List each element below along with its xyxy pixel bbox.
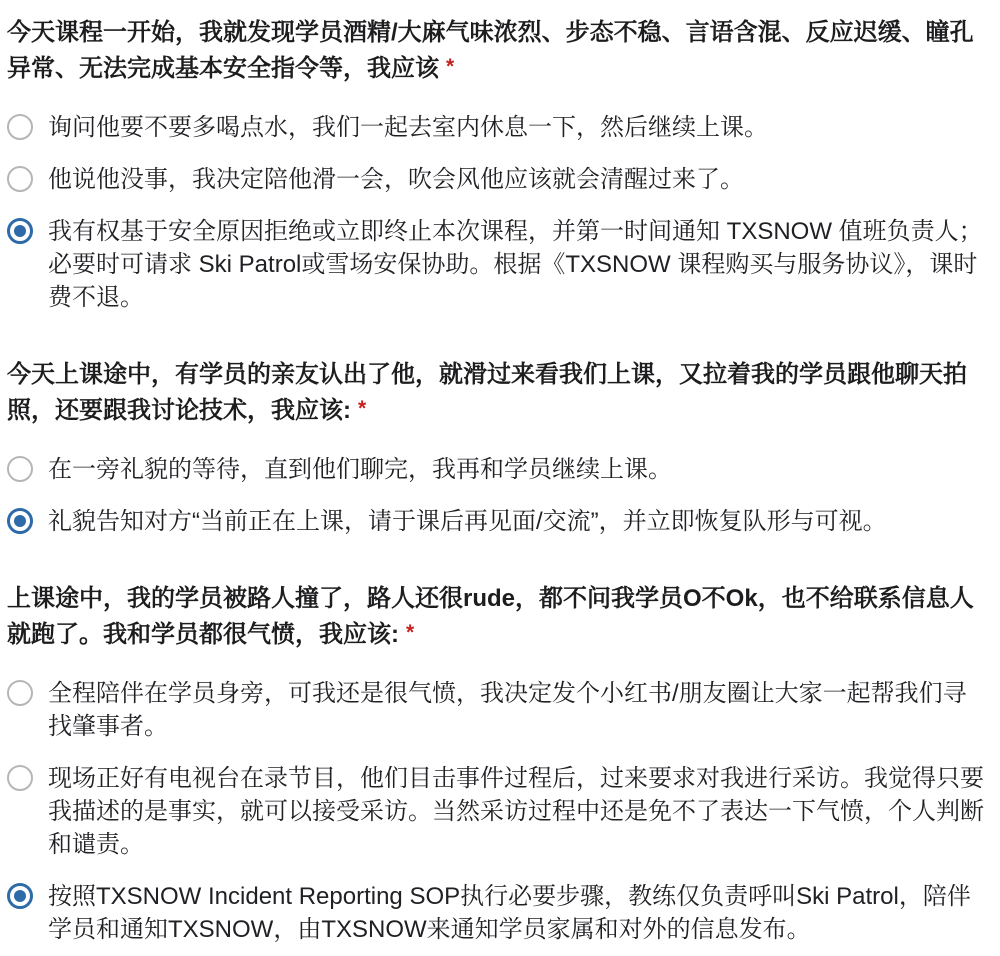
question-1-option-3[interactable]: 我有权基于安全原因拒绝或立即终止本次课程，并第一时间通知 TXSNOW 值班负责… — [7, 215, 988, 314]
radio-button-icon[interactable] — [7, 680, 33, 706]
question-block-3: 上课途中，我的学员被路人撞了，路人还很rude，都不问我学员O不Ok，也不给联系… — [7, 582, 988, 946]
option-label: 我有权基于安全原因拒绝或立即终止本次课程，并第一时间通知 TXSNOW 值班负责… — [48, 215, 988, 314]
question-title: 上课途中，我的学员被路人撞了，路人还很rude，都不问我学员O不Ok，也不给联系… — [7, 582, 988, 652]
option-label: 他说他没事，我决定陪他滑一会，吹会风他应该就会清醒过来了。 — [48, 163, 988, 196]
required-asterisk-icon: * — [406, 621, 414, 644]
option-label: 询问他要不要多喝点水，我们一起去室内休息一下，然后继续上课。 — [48, 111, 988, 144]
radio-button-icon[interactable] — [7, 456, 33, 482]
question-text: 今天上课途中，有学员的亲友认出了他，就滑过来看我们上课，又拉着我的学员跟他聊天拍… — [7, 361, 967, 424]
radio-button-icon[interactable] — [7, 114, 33, 140]
question-text: 上课途中，我的学员被路人撞了，路人还很rude，都不问我学员O不Ok，也不给联系… — [7, 585, 974, 648]
radio-button-icon[interactable] — [7, 765, 33, 791]
radio-dot-icon — [14, 890, 26, 902]
required-asterisk-icon: * — [446, 55, 454, 78]
option-label: 礼貌告知对方“当前正在上课，请于课后再见面/交流”，并立即恢复队形与可视。 — [48, 505, 988, 538]
option-label: 全程陪伴在学员身旁，可我还是很气愤，我决定发个小红书/朋友圈让大家一起帮我们寻找… — [48, 677, 988, 743]
options-list: 在一旁礼貌的等待，直到他们聊完，我再和学员继续上课。 礼貌告知对方“当前正在上课… — [7, 453, 988, 538]
question-3-option-3[interactable]: 按照TXSNOW Incident Reporting SOP执行必要步骤，教练… — [7, 880, 988, 946]
question-2-option-1[interactable]: 在一旁礼貌的等待，直到他们聊完，我再和学员继续上课。 — [7, 453, 988, 486]
question-title: 今天课程一开始，我就发现学员酒精/大麻气味浓烈、步态不稳、言语含混、反应迟缓、瞳… — [7, 16, 988, 86]
radio-dot-icon — [14, 225, 26, 237]
options-list: 全程陪伴在学员身旁，可我还是很气愤，我决定发个小红书/朋友圈让大家一起帮我们寻找… — [7, 677, 988, 946]
options-list: 询问他要不要多喝点水，我们一起去室内休息一下，然后继续上课。 他说他没事，我决定… — [7, 111, 988, 314]
radio-button-icon[interactable] — [7, 166, 33, 192]
radio-button-icon[interactable] — [7, 883, 33, 909]
question-text: 今天课程一开始，我就发现学员酒精/大麻气味浓烈、步态不稳、言语含混、反应迟缓、瞳… — [7, 19, 974, 82]
question-1-option-2[interactable]: 他说他没事，我决定陪他滑一会，吹会风他应该就会清醒过来了。 — [7, 163, 988, 196]
question-block-2: 今天上课途中，有学员的亲友认出了他，就滑过来看我们上课，又拉着我的学员跟他聊天拍… — [7, 358, 988, 538]
quiz-form: 今天课程一开始，我就发现学员酒精/大麻气味浓烈、步态不稳、言语含混、反应迟缓、瞳… — [7, 16, 988, 946]
question-1-option-1[interactable]: 询问他要不要多喝点水，我们一起去室内休息一下，然后继续上课。 — [7, 111, 988, 144]
option-label: 按照TXSNOW Incident Reporting SOP执行必要步骤，教练… — [48, 880, 988, 946]
required-asterisk-icon: * — [358, 397, 366, 420]
question-block-1: 今天课程一开始，我就发现学员酒精/大麻气味浓烈、步态不稳、言语含混、反应迟缓、瞳… — [7, 16, 988, 314]
radio-dot-icon — [14, 515, 26, 527]
option-label: 在一旁礼貌的等待，直到他们聊完，我再和学员继续上课。 — [48, 453, 988, 486]
question-3-option-2[interactable]: 现场正好有电视台在录节目，他们目击事件过程后，过来要求对我进行采访。我觉得只要我… — [7, 762, 988, 861]
radio-button-icon[interactable] — [7, 218, 33, 244]
question-title: 今天上课途中，有学员的亲友认出了他，就滑过来看我们上课，又拉着我的学员跟他聊天拍… — [7, 358, 988, 428]
question-2-option-2[interactable]: 礼貌告知对方“当前正在上课，请于课后再见面/交流”，并立即恢复队形与可视。 — [7, 505, 988, 538]
option-label: 现场正好有电视台在录节目，他们目击事件过程后，过来要求对我进行采访。我觉得只要我… — [48, 762, 988, 861]
question-3-option-1[interactable]: 全程陪伴在学员身旁，可我还是很气愤，我决定发个小红书/朋友圈让大家一起帮我们寻找… — [7, 677, 988, 743]
radio-button-icon[interactable] — [7, 508, 33, 534]
